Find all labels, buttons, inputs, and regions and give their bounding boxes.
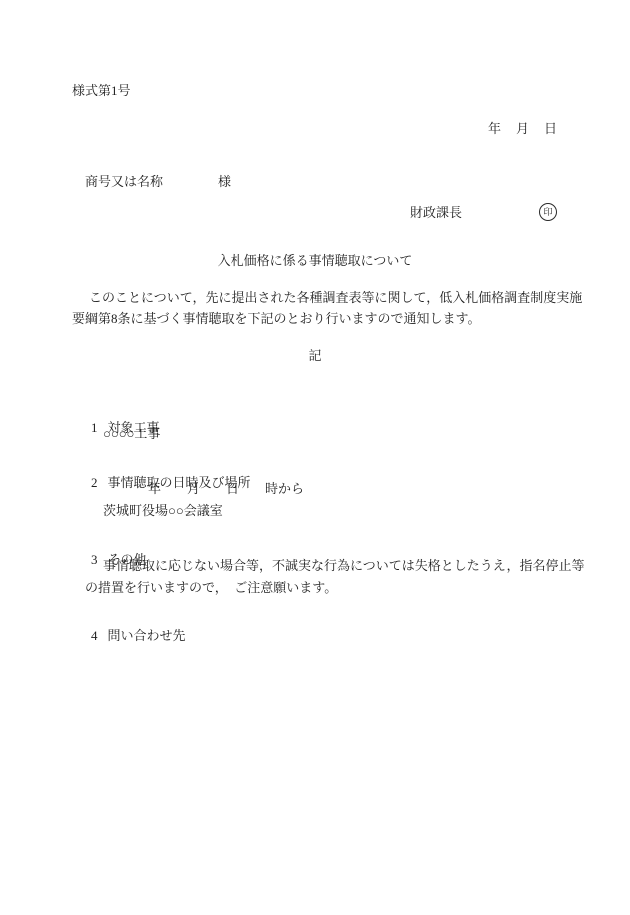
item-3-note-line-2: の措置を行いますので， ご注意願います。: [85, 580, 337, 595]
record-marker: 記: [0, 348, 630, 363]
body-paragraph-line-1: このことについて，先に提出された各種調査表等に関して，低入札価格調査制度実施: [89, 290, 582, 305]
item-2-place-line: 茨城町役場○○会議室: [103, 503, 223, 518]
recipient-name-label: 商号又は名称: [85, 174, 163, 189]
document-page: 様式第1号 年 月 日 商号又は名称様 財政課長 印 入札価格に係る事情聴取につ…: [0, 0, 630, 915]
item-2-datetime-line: 年 月 日 時から: [148, 481, 304, 496]
item-4-title: 問い合わせ先: [108, 628, 186, 643]
item-3-number: 3: [91, 552, 98, 567]
item-2-number: 2: [91, 475, 98, 490]
seal-stamp-icon: 印: [539, 203, 557, 221]
item-4-heading: 4問い合わせ先: [78, 613, 186, 658]
form-number: 様式第1号: [72, 83, 131, 98]
seal-character: 印: [543, 207, 552, 217]
item-1-number: 1: [91, 420, 98, 435]
recipient-honorific: 様: [218, 174, 231, 189]
item-3-note-line-1: 事情聴取に応じない場合等，不誠実な行為については失格としたうえ，指名停止等: [103, 558, 585, 573]
body-paragraph-line-2: 要綱第8条に基づく事情聴取を下記のとおり行いますので通知します。: [72, 311, 480, 326]
recipient-line: 商号又は名称様: [72, 159, 231, 204]
document-title: 入札価格に係る事情聴取について: [0, 253, 630, 268]
item-1-detail: ○○○○工事: [103, 426, 160, 441]
sender-title: 財政課長: [410, 205, 462, 220]
item-4-number: 4: [91, 628, 98, 643]
issue-date-line: 年 月 日: [72, 121, 558, 136]
